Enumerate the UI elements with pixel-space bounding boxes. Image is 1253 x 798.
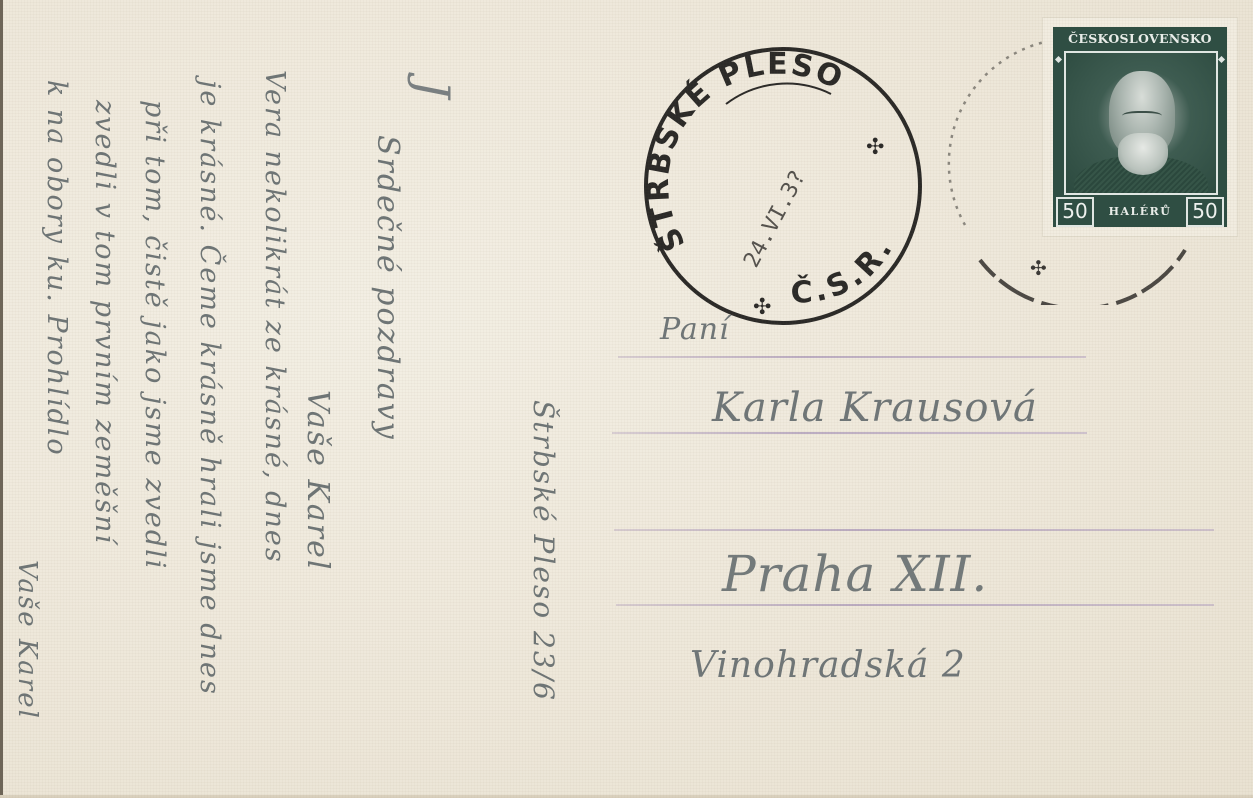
svg-text:Č.S.R.: Č.S.R. — [790, 231, 901, 311]
postmark: ŠTRBSKÉ PLESO Č.S.R. 24.VI.3? ✣ ✣ — [641, 44, 925, 328]
postmark-country: Č.S.R. — [790, 231, 901, 311]
stamp-currency: HALÉRŮ — [1097, 205, 1183, 218]
postmark-ornament-2: ✣ — [753, 295, 771, 320]
message-line-6: zvedli v tom prvním zeměšní — [89, 100, 120, 545]
svg-text:ŠTRBSKÉ PLESO: ŠTRBSKÉ PLESO — [641, 47, 849, 258]
postmark-date: 24.VI.3? — [739, 167, 811, 272]
address-city: Praha XII. — [722, 545, 988, 603]
address-name: Karla Krausová — [712, 385, 1038, 431]
card-edge — [0, 0, 3, 798]
address-rule-4 — [616, 604, 1214, 606]
message-line-3: Vera nekolikrát ze krásné, dnes — [259, 70, 290, 564]
postmark-ornament-1: ✣ — [866, 135, 884, 160]
postage-stamp: ČESKOSLOVENSKO 50 HALÉRŮ 50 — [1043, 18, 1237, 236]
stamp-portrait — [1064, 51, 1218, 195]
stamp-value-left: 50 — [1056, 197, 1094, 227]
stamp-country: ČESKOSLOVENSKO — [1053, 31, 1227, 46]
message-place-date: Štrbské Pleso 23/6 — [527, 400, 560, 702]
message-line-4: je krásné. Čeme krásně hrali jsme dnes — [194, 80, 225, 696]
message-line-7: k na obory ku. Prohlídlo — [41, 80, 72, 457]
address-street: Vinohradská 2 — [690, 645, 966, 686]
postcard: Štrbské Pleso 23/6 J Srdečné pozdravy Va… — [0, 0, 1253, 798]
message-line-1: Srdečné pozdravy — [370, 135, 405, 441]
cancel-ornament: ✣ — [1030, 256, 1047, 280]
address-rule-3 — [614, 529, 1214, 531]
message-signature: Vaše Karel — [12, 560, 42, 720]
message-line-2: Vaše Karel — [300, 390, 335, 571]
address-rule-1 — [618, 356, 1086, 358]
address-rule-2 — [612, 432, 1087, 434]
message-line-5: při tom, čistě jako jsme zvedli — [139, 100, 170, 570]
message-opening: J — [406, 80, 460, 100]
postmark-place: ŠTRBSKÉ PLESO — [641, 47, 849, 258]
stamp-value-right: 50 — [1186, 197, 1224, 227]
